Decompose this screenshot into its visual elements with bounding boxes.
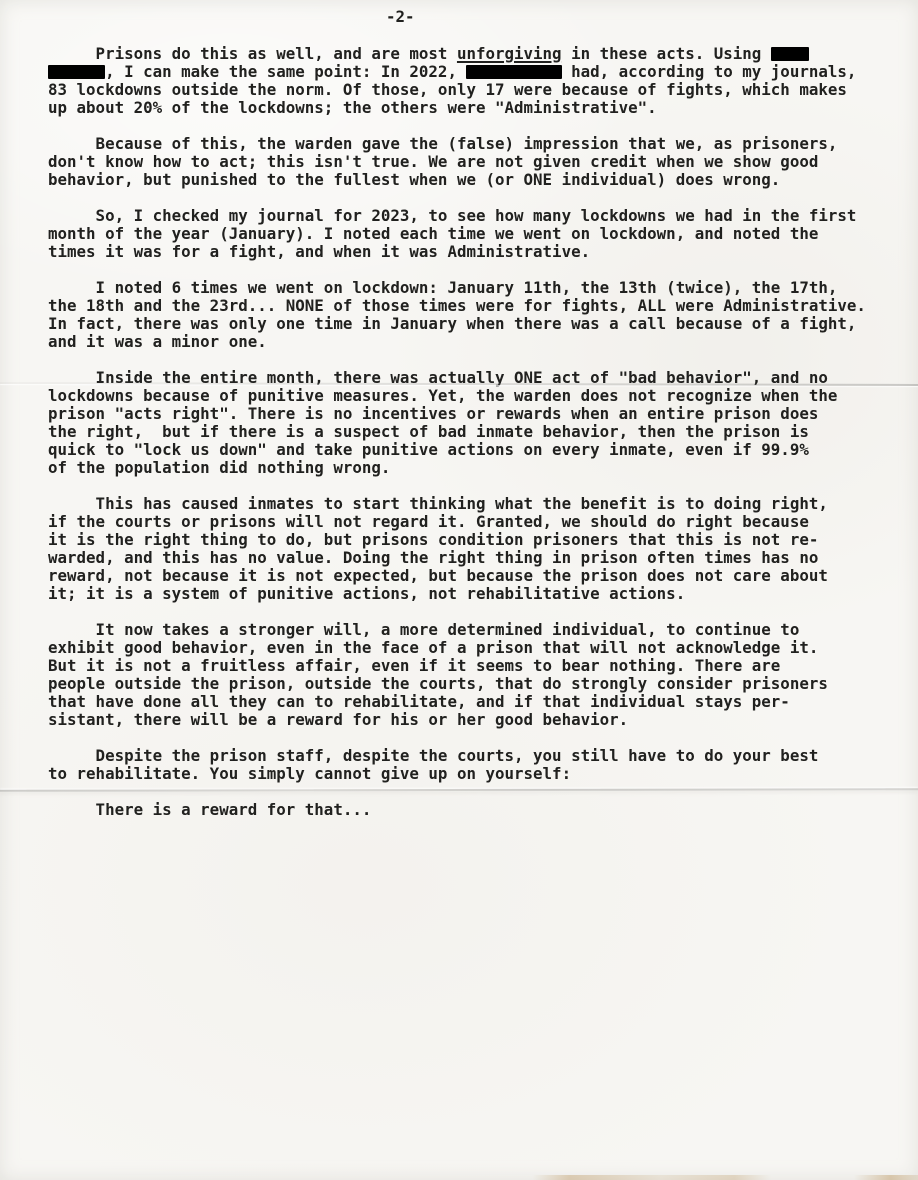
- text-run: lockdowns because of punitive measures. …: [48, 386, 837, 405]
- text-line: Prisons do this as well, and are most un…: [48, 45, 888, 63]
- page-number: -2-: [386, 8, 415, 26]
- text-run: to rehabilitate. You simply cannot give …: [48, 764, 571, 783]
- paragraph: So, I checked my journal for 2023, to se…: [48, 207, 888, 261]
- paragraph: Prisons do this as well, and are most un…: [48, 45, 888, 117]
- text-run: don't know how to act; this isn't true. …: [48, 152, 818, 171]
- text-line: This has caused inmates to start thinkin…: [48, 495, 888, 513]
- redaction-bar: [48, 65, 105, 79]
- text-run: the 18th and the 23rd... NONE of those t…: [48, 296, 866, 315]
- text-run: that have done all they can to rehabilit…: [48, 692, 790, 711]
- text-line: I noted 6 times we went on lockdown: Jan…: [48, 279, 888, 297]
- text-line: quick to "lock us down" and take punitiv…: [48, 441, 888, 459]
- text-line: that have done all they can to rehabilit…: [48, 693, 888, 711]
- scanned-page: -2- Prisons do this as well, and are mos…: [0, 0, 918, 1180]
- text-run: It now takes a stronger will, a more det…: [48, 620, 799, 639]
- text-run: it is the right thing to do, but prisons…: [48, 530, 818, 549]
- text-run: Because of this, the warden gave the (fa…: [48, 134, 837, 153]
- redaction-bar: [466, 65, 561, 79]
- text-line: warded, and this has no value. Doing the…: [48, 549, 888, 567]
- text-run: In fact, there was only one time in Janu…: [48, 314, 856, 333]
- text-line: There is a reward for that...: [48, 801, 888, 819]
- text-run: and it was a minor one.: [48, 332, 267, 351]
- text-run: , I can make the same point: In 2022,: [105, 62, 466, 81]
- text-line: month of the year (January). I noted eac…: [48, 225, 888, 243]
- text-run: the right, but if there is a suspect of …: [48, 422, 809, 441]
- text-run: Despite the prison staff, despite the co…: [48, 746, 818, 765]
- text-run: if the courts or prisons will not regard…: [48, 512, 809, 531]
- text-run: sistant, there will be a reward for his …: [48, 710, 628, 729]
- text-line: sistant, there will be a reward for his …: [48, 711, 888, 729]
- text-line: if the courts or prisons will not regard…: [48, 513, 888, 531]
- text-line: behavior, but punished to the fullest wh…: [48, 171, 888, 189]
- text-run: quick to "lock us down" and take punitiv…: [48, 440, 809, 459]
- text-run: reward, not because it is not expected, …: [48, 566, 828, 585]
- text-run: exhibit good behavior, even in the face …: [48, 638, 818, 657]
- text-run: But it is not a fruitless affair, even i…: [48, 656, 780, 675]
- text-run: I noted 6 times we went on lockdown: Jan…: [48, 278, 837, 297]
- text-line: In fact, there was only one time in Janu…: [48, 315, 888, 333]
- document-body: Prisons do this as well, and are most un…: [48, 45, 888, 837]
- paragraph: Because of this, the warden gave the (fa…: [48, 135, 888, 189]
- paragraph: Despite the prison staff, despite the co…: [48, 747, 888, 783]
- text-line: and it was a minor one.: [48, 333, 888, 351]
- text-line: don't know how to act; this isn't true. …: [48, 153, 888, 171]
- text-line: it; it is a system of punitive actions, …: [48, 585, 888, 603]
- text-run: of the population did nothing wrong.: [48, 458, 390, 477]
- underlined-word: unforgiving: [457, 44, 562, 63]
- text-run: There is a reward for that...: [48, 800, 371, 819]
- text-run: Inside the entire month, there was actua…: [48, 368, 828, 387]
- text-run: people outside the prison, outside the c…: [48, 674, 828, 693]
- text-line: up about 20% of the lockdowns; the other…: [48, 99, 888, 117]
- text-line: prison "acts right". There is no incenti…: [48, 405, 888, 423]
- paragraph: This has caused inmates to start thinkin…: [48, 495, 888, 603]
- redaction-bar: [771, 47, 809, 61]
- text-line: Because of this, the warden gave the (fa…: [48, 135, 888, 153]
- text-run: So, I checked my journal for 2023, to se…: [48, 206, 856, 225]
- text-run: in these acts. Using: [562, 44, 771, 63]
- scan-bottom-edge: [0, 1175, 918, 1180]
- paragraph: I noted 6 times we went on lockdown: Jan…: [48, 279, 888, 351]
- text-line: So, I checked my journal for 2023, to se…: [48, 207, 888, 225]
- paragraph: It now takes a stronger will, a more det…: [48, 621, 888, 729]
- text-run: had, according to my journals,: [562, 62, 857, 81]
- text-run: times it was for a fight, and when it wa…: [48, 242, 590, 261]
- text-run: behavior, but punished to the fullest wh…: [48, 170, 780, 189]
- text-line: it is the right thing to do, but prisons…: [48, 531, 888, 549]
- text-run: warded, and this has no value. Doing the…: [48, 548, 818, 567]
- paragraph: There is a reward for that...: [48, 801, 888, 819]
- text-line: 83 lockdowns outside the norm. Of those,…: [48, 81, 888, 99]
- text-line: It now takes a stronger will, a more det…: [48, 621, 888, 639]
- text-run: up about 20% of the lockdowns; the other…: [48, 98, 657, 117]
- text-line: exhibit good behavior, even in the face …: [48, 639, 888, 657]
- text-line: to rehabilitate. You simply cannot give …: [48, 765, 888, 783]
- text-run: Prisons do this as well, and are most: [48, 44, 457, 63]
- text-run: month of the year (January). I noted eac…: [48, 224, 818, 243]
- text-run: it; it is a system of punitive actions, …: [48, 584, 685, 603]
- text-line: of the population did nothing wrong.: [48, 459, 888, 477]
- text-line: But it is not a fruitless affair, even i…: [48, 657, 888, 675]
- text-run: This has caused inmates to start thinkin…: [48, 494, 828, 513]
- text-line: , I can make the same point: In 2022, ha…: [48, 63, 888, 81]
- text-line: lockdowns because of punitive measures. …: [48, 387, 888, 405]
- text-line: Despite the prison staff, despite the co…: [48, 747, 888, 765]
- text-line: the 18th and the 23rd... NONE of those t…: [48, 297, 888, 315]
- text-run: 83 lockdowns outside the norm. Of those,…: [48, 80, 847, 99]
- text-line: times it was for a fight, and when it wa…: [48, 243, 888, 261]
- text-line: the right, but if there is a suspect of …: [48, 423, 888, 441]
- text-run: prison "acts right". There is no incenti…: [48, 404, 818, 423]
- text-line: Inside the entire month, there was actua…: [48, 369, 888, 387]
- paragraph: Inside the entire month, there was actua…: [48, 369, 888, 477]
- text-line: people outside the prison, outside the c…: [48, 675, 888, 693]
- text-line: reward, not because it is not expected, …: [48, 567, 888, 585]
